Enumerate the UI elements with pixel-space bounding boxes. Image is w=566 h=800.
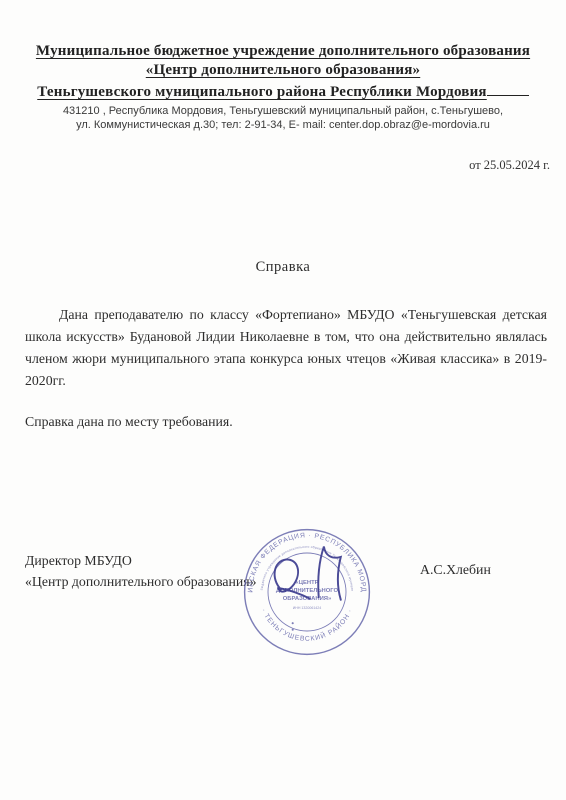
scanned-certificate-page: Муниципальное бюджетное учреждение допол… <box>0 0 566 800</box>
document-title: Справка <box>0 259 566 276</box>
letterhead: Муниципальное бюджетное учреждение допол… <box>0 42 566 132</box>
stamp-inn-text: ИНН 1320061424 <box>293 606 322 610</box>
underline-extension <box>487 80 529 96</box>
stamp-seal-icon: РОССИЙСКАЯ ФЕДЕРАЦИЯ · РЕСПУБЛИКА МОРДОВ… <box>242 527 372 657</box>
document-date: от 25.05.2024 г. <box>469 158 550 173</box>
org-name-line-3: Теньгушевского муниципального района Рес… <box>0 80 566 102</box>
org-name-line-2: «Центр дополнительного образования» <box>0 61 566 80</box>
signatory-position: Директор МБУДО «Центр дополнительного об… <box>25 550 257 592</box>
org-name-line-1: Муниципальное бюджетное учреждение допол… <box>0 42 566 61</box>
signatory-position-line-2: «Центр дополнительного образования» <box>25 571 257 592</box>
org-address-line-2: ул. Коммунистическая д.30; тел: 2-91-34,… <box>0 119 566 133</box>
body-paragraph: Дана преподавателю по классу «Фортепиано… <box>25 304 547 392</box>
stamp-center-line-1: «ЦЕНТР <box>295 580 318 586</box>
issued-for-line: Справка дана по месту требования. <box>25 414 233 430</box>
signatory-position-line-1: Директор МБУДО <box>25 550 257 571</box>
official-round-stamp: РОССИЙСКАЯ ФЕДЕРАЦИЯ · РЕСПУБЛИКА МОРДОВ… <box>242 527 372 657</box>
org-address-line-1: 431210 , Республика Мордовия, Теньгушевс… <box>0 105 566 119</box>
signatory-name: А.С.Хлебин <box>420 562 491 578</box>
